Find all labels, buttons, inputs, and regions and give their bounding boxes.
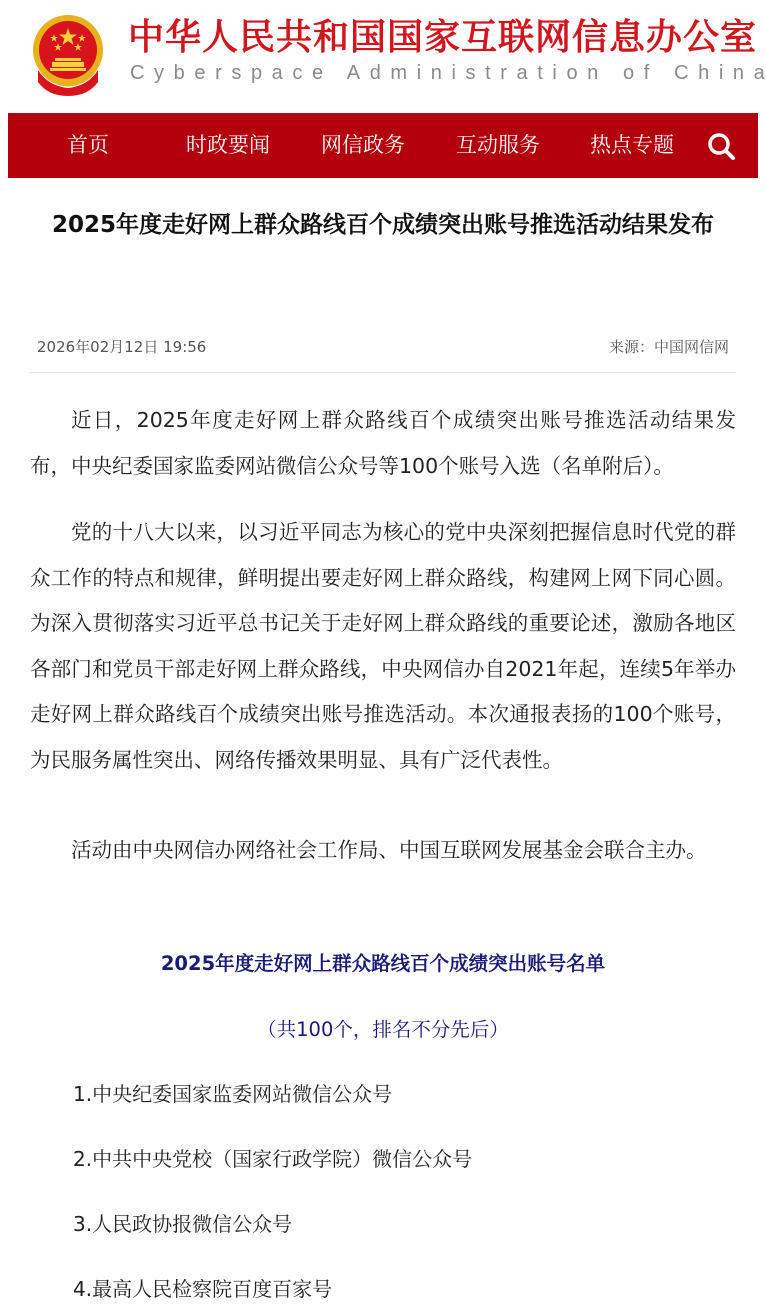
main-navigation: 首页 时政要闻 网信政务 互动服务 热点专题 xyxy=(8,113,758,178)
list-item: 3.人民政协报微信公众号 xyxy=(73,1208,292,1237)
article-paragraph: 党的十八大以来，以习近平同志为核心的党中央深刻把握信息时代党的群众工作的特点和规… xyxy=(30,510,736,783)
site-title-chinese: 中华人民共和国国家互联网信息办公室 xyxy=(128,14,757,62)
meta-divider xyxy=(30,372,736,373)
national-emblem-icon[interactable] xyxy=(28,12,108,98)
article-title: 2025年度走好网上群众路线百个成绩突出账号推选活动结果发布 xyxy=(40,204,726,246)
nav-item-interactive-services[interactable]: 互动服务 xyxy=(456,113,540,178)
source-label: 来源： xyxy=(609,338,654,356)
publish-date: 2026年02月12日 19:56 xyxy=(37,336,206,357)
article-paragraph: 近日，2025年度走好网上群众路线百个成绩突出账号推选活动结果发布，中央纪委国家… xyxy=(30,398,736,489)
list-title: 2025年度走好网上群众路线百个成绩突出账号名单 xyxy=(30,948,736,976)
nav-item-hot-topics[interactable]: 热点专题 xyxy=(590,113,674,178)
source-value: 中国网信网 xyxy=(654,338,729,356)
article-source: 来源：中国网信网 xyxy=(609,336,729,357)
nav-item-home[interactable]: 首页 xyxy=(67,113,109,178)
list-item: 4.最高人民检察院百度百家号 xyxy=(73,1273,332,1302)
site-title-english: Cyberspace Administration of China xyxy=(130,60,766,86)
list-item: 2.中共中央党校（国家行政学院）微信公众号 xyxy=(73,1143,472,1172)
nav-item-political-news[interactable]: 时政要闻 xyxy=(186,113,270,178)
list-item: 1.中央纪委国家监委网站微信公众号 xyxy=(73,1078,392,1107)
article-paragraph: 活动由中央网信办网络社会工作局、中国互联网发展基金会联合主办。 xyxy=(30,828,736,874)
site-header: 中华人民共和国国家互联网信息办公室 Cyberspace Administrat… xyxy=(0,0,766,113)
nav-item-cyberspace-affairs[interactable]: 网信政务 xyxy=(321,113,405,178)
list-subtitle: （共100个，排名不分先后） xyxy=(30,1014,736,1042)
search-icon[interactable] xyxy=(706,131,738,163)
